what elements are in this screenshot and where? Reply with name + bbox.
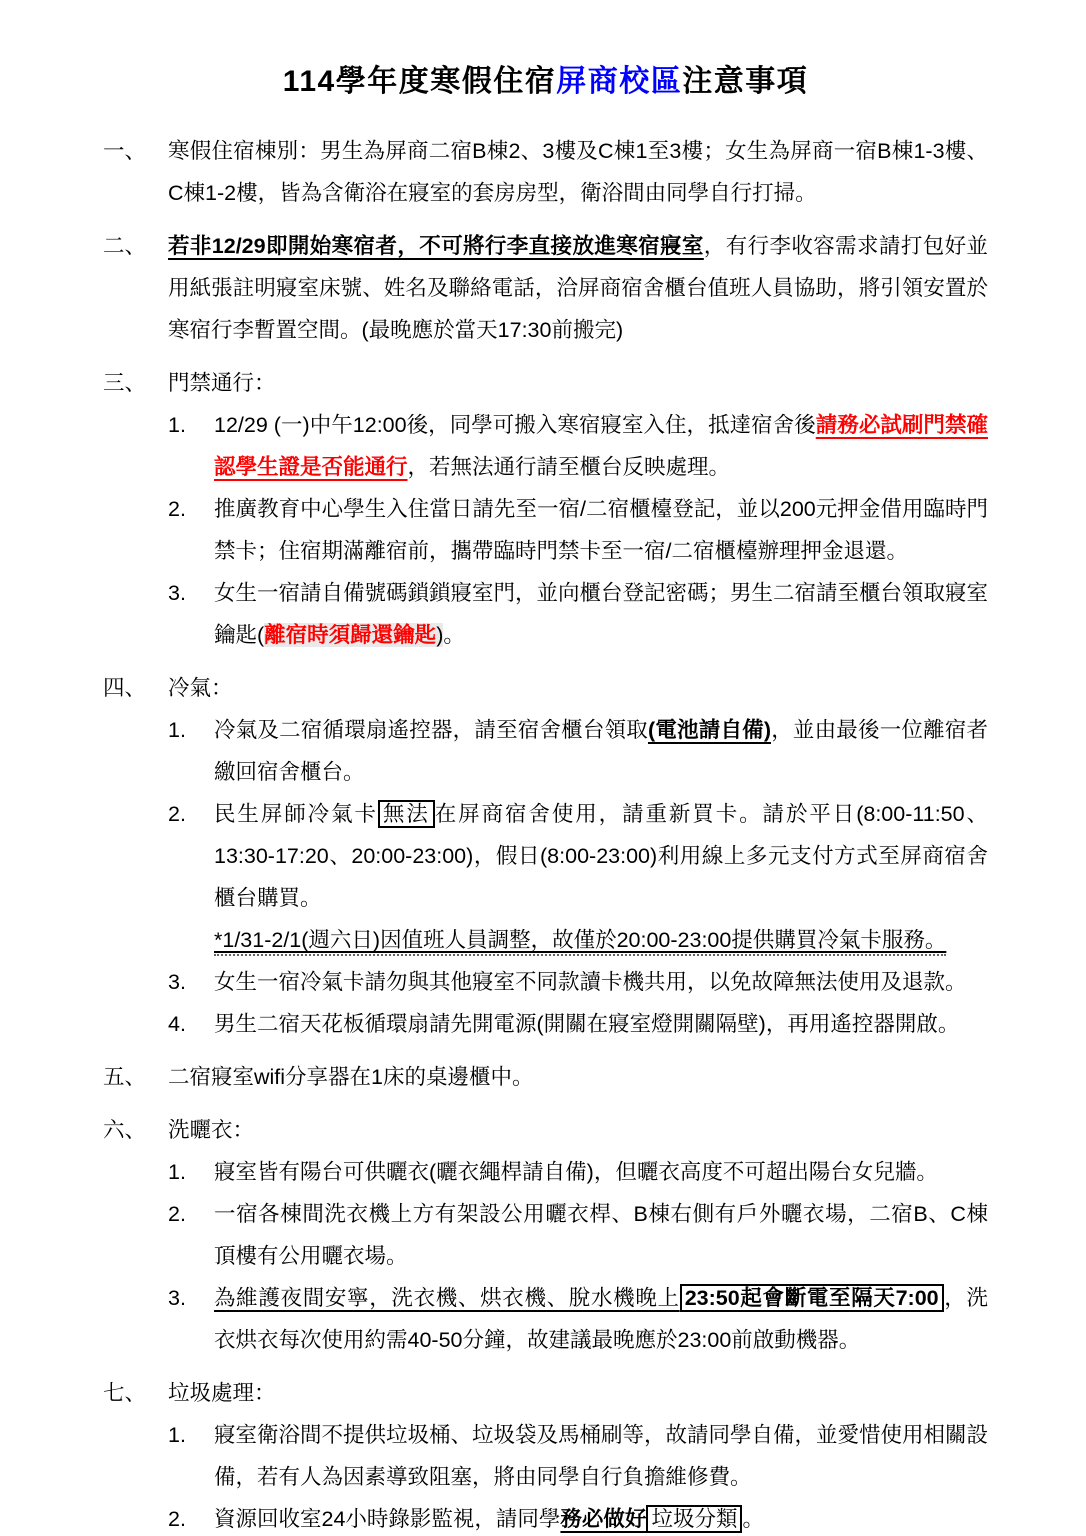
bold-underline-run: 務必做好	[560, 1507, 646, 1531]
list-item: 2. 推廣教育中心學生入住當日請先至一宿/二宿櫃檯登記，並以200元押金借用臨時…	[168, 488, 988, 572]
item-text: 女生一宿請自備號碼鎖鎖寢室門，並向櫃台登記密碼；男生二宿請至櫃台領取寢室鑰匙(離…	[214, 572, 988, 656]
item-number: 3.	[168, 572, 214, 656]
section-2-label: 二、	[103, 225, 168, 351]
section-1: 一、 寒假住宿棟別：男生為屏商二宿B棟2、3樓及C棟1至3樓；女生為屏商一宿B棟…	[103, 130, 988, 214]
list-item: 1. 寢室皆有陽台可供曬衣(曬衣繩桿請自備)，但曬衣高度不可超出陽台女兒牆。	[168, 1151, 988, 1193]
text-run: 女生一宿冷氣卡請勿與其他寢室不同款讀卡機共用，以免故障無法使用及退款。	[214, 970, 967, 994]
section-2: 二、 若非12/29即開始寒宿者，不可將行李直接放進寒宿寢室，有行李收容需求請打…	[103, 225, 988, 351]
section-6-heading: 洗曬衣：	[168, 1109, 988, 1151]
item-number: 2.	[168, 1193, 214, 1277]
highlight-run: 離宿時須歸還鑰匙)	[264, 623, 443, 647]
section-1-text: 寒假住宿棟別：男生為屏商二宿B棟2、3樓及C棟1至3樓；女生為屏商一宿B棟1-3…	[168, 139, 988, 205]
section-6: 六、 洗曬衣： 1. 寢室皆有陽台可供曬衣(曬衣繩桿請自備)，但曬衣高度不可超出…	[103, 1109, 988, 1361]
item-number: 1.	[168, 404, 214, 488]
section-5: 五、 二宿寢室wifi分享器在1床的桌邊櫃中。	[103, 1056, 988, 1098]
section-6-body: 洗曬衣： 1. 寢室皆有陽台可供曬衣(曬衣繩桿請自備)，但曬衣高度不可超出陽台女…	[168, 1109, 988, 1361]
bold-underline-run: (電池請自備)	[648, 718, 771, 742]
text-run: 為維護夜間安寧，洗衣機、烘衣機、脫水機晚上	[214, 1286, 680, 1310]
item-text: 資源回收室24小時錄影監視，請同學務必做好垃圾分類。	[214, 1498, 988, 1536]
title-campus-name: 屏商校區	[556, 65, 682, 98]
list-item: 4. 男生二宿天花板循環扇請先開電源(開關在寢室燈開關隔壁)，再用遙控器開啟。	[168, 1003, 988, 1045]
text-run: ，若無法通行請至櫃台反映處理。	[408, 455, 731, 479]
section-7-body: 垃圾處理： 1. 寢室衛浴間不提供垃圾桶、垃圾袋及馬桶刷等，故請同學自備，並愛惜…	[168, 1372, 988, 1536]
item-text: 男生二宿天花板循環扇請先開電源(開關在寢室燈開關隔壁)，再用遙控器開啟。	[214, 1003, 988, 1045]
text-run: 。	[742, 1507, 764, 1531]
item-number: 3.	[168, 1277, 214, 1361]
section-3-label: 三、	[103, 362, 168, 656]
page-title: 114學年度寒假住宿屏商校區注意事項	[103, 62, 988, 102]
boxed-run: 垃圾分類	[646, 1505, 742, 1533]
section-4: 四、 冷氣： 1. 冷氣及二宿循環扇遙控器，請至宿舍櫃台領取(電池請自備)，並由…	[103, 667, 988, 1045]
item-number: 2.	[168, 488, 214, 572]
underline-run: 為維護夜間安寧，洗衣機、烘衣機、脫水機晚上23:50起會斷電至隔天7:00	[214, 1284, 944, 1312]
underline-run: 務必做好垃圾分類	[560, 1505, 742, 1533]
list-item: 3. 為維護夜間安寧，洗衣機、烘衣機、脫水機晚上23:50起會斷電至隔天7:00…	[168, 1277, 988, 1361]
list-item: 3. 女生一宿請自備號碼鎖鎖寢室門，並向櫃台登記密碼；男生二宿請至櫃台領取寢室鑰…	[168, 572, 988, 656]
list-item: 2. 一宿各棟間洗衣機上方有架設公用曬衣桿、B棟右側有戶外曬衣場，二宿B、C棟頂…	[168, 1193, 988, 1277]
section-1-body: 寒假住宿棟別：男生為屏商二宿B棟2、3樓及C棟1至3樓；女生為屏商一宿B棟1-3…	[168, 130, 988, 214]
item-number: 1.	[168, 1151, 214, 1193]
item-text: 寢室皆有陽台可供曬衣(曬衣繩桿請自備)，但曬衣高度不可超出陽台女兒牆。	[214, 1151, 988, 1193]
item-text: 12/29 (一)中午12:00後，同學可搬入寒宿寢室入住，抵達宿舍後請務必試刷…	[214, 404, 988, 488]
footnote-line: *1/31-2/1(週六日)因值班人員調整，故僅於20:00-23:00提供購買…	[214, 919, 988, 961]
section-4-label: 四、	[103, 667, 168, 1045]
section-3: 三、 門禁通行： 1. 12/29 (一)中午12:00後，同學可搬入寒宿寢室入…	[103, 362, 988, 656]
list-item: 1. 12/29 (一)中午12:00後，同學可搬入寒宿寢室入住，抵達宿舍後請務…	[168, 404, 988, 488]
section-5-text: 二宿寢室wifi分享器在1床的桌邊櫃中。	[168, 1065, 534, 1089]
section-6-label: 六、	[103, 1109, 168, 1361]
list-item: 1. 寢室衛浴間不提供垃圾桶、垃圾袋及馬桶刷等，故請同學自備，並愛惜使用相關設備…	[168, 1414, 988, 1498]
title-text-post: 注意事項	[682, 65, 808, 98]
item-text: 民生屏師冷氣卡無法在屏商宿舍使用，請重新買卡。請於平日(8:00-11:50、1…	[214, 793, 988, 961]
section-4-heading: 冷氣：	[168, 667, 988, 709]
section-2-bold-warning: 若非12/29即開始寒宿者，不可將行李直接放進寒宿寢室	[168, 234, 704, 258]
section-2-body: 若非12/29即開始寒宿者，不可將行李直接放進寒宿寢室，有行李收容需求請打包好並…	[168, 225, 988, 351]
item-number: 2.	[168, 793, 214, 961]
text-run: 推廣教育中心學生入住當日請先至一宿/二宿櫃檯登記，並以200元押金借用臨時門禁卡…	[214, 497, 988, 563]
item-number: 1.	[168, 1414, 214, 1498]
red-alert-run: 離宿時須歸還鑰匙	[264, 623, 436, 647]
section-5-label: 五、	[103, 1056, 168, 1098]
boxed-run: 23:50起會斷電至隔天7:00	[680, 1284, 944, 1312]
text-run: 民生屏師冷氣卡	[214, 802, 378, 826]
section-3-body: 門禁通行： 1. 12/29 (一)中午12:00後，同學可搬入寒宿寢室入住，抵…	[168, 362, 988, 656]
section-7: 七、 垃圾處理： 1. 寢室衛浴間不提供垃圾桶、垃圾袋及馬桶刷等，故請同學自備，…	[103, 1372, 988, 1536]
item-text: 寢室衛浴間不提供垃圾桶、垃圾袋及馬桶刷等，故請同學自備，並愛惜使用相關設備，若有…	[214, 1414, 988, 1498]
text-run: 12/29 (一)中午12:00後，同學可搬入寒宿寢室入住，抵達宿舍後	[214, 413, 816, 437]
section-3-heading: 門禁通行：	[168, 362, 988, 404]
item-number: 3.	[168, 961, 214, 1003]
item-text: 一宿各棟間洗衣機上方有架設公用曬衣桿、B棟右側有戶外曬衣場，二宿B、C棟頂樓有公…	[214, 1193, 988, 1277]
text-run: 寢室衛浴間不提供垃圾桶、垃圾袋及馬桶刷等，故請同學自備，並愛惜使用相關設備，若有…	[214, 1423, 988, 1489]
section-5-body: 二宿寢室wifi分享器在1床的桌邊櫃中。	[168, 1056, 988, 1098]
item-number: 4.	[168, 1003, 214, 1045]
text-run: 冷氣及二宿循環扇遙控器，請至宿舍櫃台領取	[214, 718, 648, 742]
text-run: 。	[443, 623, 465, 647]
underlined-note-run: *1/31-2/1(週六日)因值班人員調整，故僅於20:00-23:00提供購買…	[214, 928, 946, 956]
text-run: 一宿各棟間洗衣機上方有架設公用曬衣桿、B棟右側有戶外曬衣場，二宿B、C棟頂樓有公…	[214, 1202, 988, 1268]
notice-document: 114學年度寒假住宿屏商校區注意事項 一、 寒假住宿棟別：男生為屏商二宿B棟2、…	[0, 0, 1086, 1536]
list-item: 1. 冷氣及二宿循環扇遙控器，請至宿舍櫃台領取(電池請自備)，並由最後一位離宿者…	[168, 709, 988, 793]
item-number: 1.	[168, 709, 214, 793]
list-item: 3. 女生一宿冷氣卡請勿與其他寢室不同款讀卡機共用，以免故障無法使用及退款。	[168, 961, 988, 1003]
item-text: 推廣教育中心學生入住當日請先至一宿/二宿櫃檯登記，並以200元押金借用臨時門禁卡…	[214, 488, 988, 572]
text-run: 男生二宿天花板循環扇請先開電源(開關在寢室燈開關隔壁)，再用遙控器開啟。	[214, 1012, 959, 1036]
text-run: 資源回收室24小時錄影監視，請同學	[214, 1507, 560, 1531]
boxed-run: 無法	[378, 800, 435, 828]
item-text: 冷氣及二宿循環扇遙控器，請至宿舍櫃台領取(電池請自備)，並由最後一位離宿者繳回宿…	[214, 709, 988, 793]
section-7-heading: 垃圾處理：	[168, 1372, 988, 1414]
list-item: 2. 資源回收室24小時錄影監視，請同學務必做好垃圾分類。	[168, 1498, 988, 1536]
list-item: 2. 民生屏師冷氣卡無法在屏商宿舍使用，請重新買卡。請於平日(8:00-11:5…	[168, 793, 988, 961]
item-text: 為維護夜間安寧，洗衣機、烘衣機、脫水機晚上23:50起會斷電至隔天7:00，洗衣…	[214, 1277, 988, 1361]
item-number: 2.	[168, 1498, 214, 1536]
section-1-label: 一、	[103, 130, 168, 214]
title-text-pre: 114學年度寒假住宿	[283, 65, 556, 98]
section-4-body: 冷氣： 1. 冷氣及二宿循環扇遙控器，請至宿舍櫃台領取(電池請自備)，並由最後一…	[168, 667, 988, 1045]
section-7-label: 七、	[103, 1372, 168, 1536]
item-text: 女生一宿冷氣卡請勿與其他寢室不同款讀卡機共用，以免故障無法使用及退款。	[214, 961, 988, 1003]
text-run: 寢室皆有陽台可供曬衣(曬衣繩桿請自備)，但曬衣高度不可超出陽台女兒牆。	[214, 1160, 938, 1184]
